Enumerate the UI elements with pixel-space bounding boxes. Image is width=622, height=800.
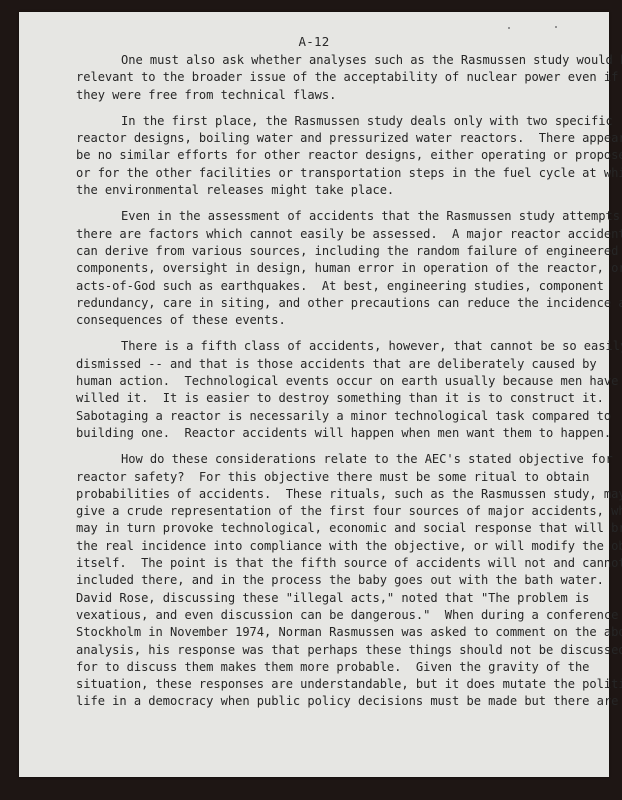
paragraph-2: In the first place, the Rasmussen study … <box>76 113 616 199</box>
text-line: they were free from technical flaws. <box>76 87 616 104</box>
text-line: analysis, his response was that perhaps … <box>76 642 616 659</box>
text-line: redundancy, care in siting, and other pr… <box>76 295 616 312</box>
paragraph-4: There is a fifth class of accidents, how… <box>76 338 616 442</box>
text-line: components, oversight in design, human e… <box>76 260 616 277</box>
text-line: One must also ask whether analyses such … <box>76 52 616 69</box>
document-page: A-12 One must also ask whether analyses … <box>19 12 609 777</box>
text-line: the real incidence into compliance with … <box>76 538 616 555</box>
text-line: dismissed -- and that is those accidents… <box>76 356 616 373</box>
text-line: Stockholm in November 1974, Norman Rasmu… <box>76 624 616 641</box>
paper-speck <box>555 26 557 28</box>
text-line: willed it. It is easier to destroy somet… <box>76 390 616 407</box>
text-line: relevant to the broader issue of the acc… <box>76 69 616 86</box>
paragraph-3: Even in the assessment of accidents that… <box>76 208 616 329</box>
text-line: consequences of these events. <box>76 312 616 329</box>
paragraph-5: How do these considerations relate to th… <box>76 451 616 710</box>
text-line: David Rose, discussing these "illegal ac… <box>76 590 616 607</box>
text-line: there are factors which cannot easily be… <box>76 226 616 243</box>
text-line: situation, these responses are understan… <box>76 676 616 693</box>
text-line: There is a fifth class of accidents, how… <box>76 338 616 355</box>
text-line: human action. Technological events occur… <box>76 373 616 390</box>
text-line: the environmental releases might take pl… <box>76 182 616 199</box>
text-line: be no similar efforts for other reactor … <box>76 147 616 164</box>
text-line: for to discuss them makes them more prob… <box>76 659 616 676</box>
text-line: itself. The point is that the fifth sour… <box>76 555 616 572</box>
text-line: vexatious, and even discussion can be da… <box>76 607 616 624</box>
text-line: included there, and in the process the b… <box>76 572 616 589</box>
text-line: Sabotaging a reactor is necessarily a mi… <box>76 408 616 425</box>
paragraph-1: One must also ask whether analyses such … <box>76 52 616 104</box>
text-line: Even in the assessment of accidents that… <box>76 208 616 225</box>
text-line: probabilities of accidents. These ritual… <box>76 486 616 503</box>
text-line: reactor designs, boiling water and press… <box>76 130 616 147</box>
page-number: A-12 <box>19 34 609 49</box>
text-line: can derive from various sources, includi… <box>76 243 616 260</box>
text-line: life in a democracy when public policy d… <box>76 693 616 710</box>
text-line: acts-of-God such as earthquakes. At best… <box>76 278 616 295</box>
text-line: reactor safety? For this objective there… <box>76 469 616 486</box>
text-line: may in turn provoke technological, econo… <box>76 520 616 537</box>
text-line: or for the other facilities or transport… <box>76 165 616 182</box>
paper-speck <box>508 27 510 29</box>
text-line: How do these considerations relate to th… <box>76 451 616 468</box>
text-line: give a crude representation of the first… <box>76 503 616 520</box>
text-line: In the first place, the Rasmussen study … <box>76 113 616 130</box>
text-line: building one. Reactor accidents will hap… <box>76 425 616 442</box>
body-text: One must also ask whether analyses such … <box>76 52 616 720</box>
